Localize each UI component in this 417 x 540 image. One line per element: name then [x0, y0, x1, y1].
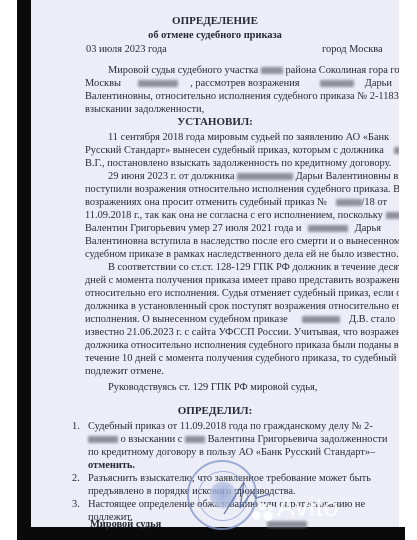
redacted-text: [320, 80, 354, 87]
paragraph-line: 29 июня 2023 г. от должника Дарьи Валент…: [108, 170, 399, 183]
avito-watermark: Avito: [277, 492, 339, 523]
intro-line: Валентиновны, относительно исполнения су…: [85, 90, 399, 103]
scan-border-bottom: [17, 527, 405, 540]
intro-line: взыскании задолженности,: [85, 103, 204, 116]
list-item-number: 3.: [72, 498, 80, 511]
signature-label: Мировой судья: [90, 518, 161, 531]
redacted-text: [138, 80, 178, 87]
paragraph-line: В.Г., постановлено взыскать задолженност…: [85, 157, 391, 170]
redacted-text: [88, 436, 118, 443]
list-item-line: по кредитному договору в пользу АО «Банк…: [88, 446, 375, 459]
redacted-text: [386, 212, 400, 219]
redacted-text: [336, 199, 362, 206]
paragraph-line: подлежит отмене.: [85, 365, 164, 378]
paragraph-line: поступили возражения относительно исполн…: [85, 183, 399, 196]
paragraph-line: В соответствии со ст.ст. 128-129 ГПК РФ …: [108, 261, 399, 274]
paragraph-line: должника относительно исполнения судебно…: [85, 339, 399, 352]
paragraph-line: 11.09.2018 г., так как она не согласна с…: [85, 209, 399, 222]
list-item-number: 1.: [72, 420, 80, 433]
paragraph-line: Руководствуясь ст. 129 ГПК РФ мировой су…: [108, 381, 317, 394]
paragraph-line: дней с момента получения приказа имеет п…: [85, 274, 399, 287]
intro-line: Мировой судья судебного участка района С…: [108, 64, 399, 77]
paragraph-line: должника в установленный срок поступят в…: [85, 300, 399, 313]
list-item-number: 2.: [72, 472, 80, 485]
document-page: ОПРЕДЕЛЕНИЕ об отмене судебного приказа …: [31, 0, 399, 527]
redacted-text: [394, 147, 399, 154]
paragraph-line: относительно его исполнения. Судья отмен…: [85, 287, 399, 300]
redacted-text: [237, 173, 293, 180]
redacted-text: [308, 225, 348, 232]
list-item-bold-tail: отменить.: [88, 459, 135, 472]
document-city: город Москва: [322, 43, 383, 56]
paragraph-line: возражениях она просит отменить судебный…: [85, 196, 387, 209]
document-title: ОПРЕДЕЛЕНИЕ: [31, 15, 399, 28]
scan-border-left: [17, 0, 31, 540]
paragraph-line: судебном приказе в рамках наследственног…: [85, 248, 399, 261]
paragraph-line: Валентиновна вступила в наследство после…: [85, 235, 399, 248]
list-item-line: о взыскании с Валентина Григорьевича зад…: [88, 433, 387, 446]
redacted-text: [185, 436, 205, 443]
paragraph-line: известно 21.06.2023 г. с сайта УФССП Рос…: [85, 326, 399, 339]
paragraph-line: 11 сентября 2018 года мировым судьей по …: [108, 131, 389, 144]
redacted-text: [261, 67, 283, 74]
section-decided: ОПРЕДЕЛИЛ:: [31, 405, 399, 418]
redacted-text: [302, 316, 340, 323]
paragraph-line: Русский Стандарт» вынесен судебный прика…: [85, 144, 399, 157]
intro-line: Москвы , рассмотрев возражения Дарьи: [85, 77, 397, 90]
paragraph-line: исполнения. О вынесенном судебном приказ…: [85, 313, 395, 326]
paragraph-line: Валентин Григорьевич умер 27 июля 2021 г…: [85, 222, 381, 235]
document-subtitle: об отмене судебного приказа: [31, 29, 399, 42]
list-item-line: Судебный приказ от 11.09.2018 года по гр…: [88, 420, 373, 433]
document-date: 03 июля 2023 года: [86, 43, 167, 56]
paragraph-line: течение 10 дней с момента получения суде…: [85, 352, 399, 365]
section-established: УСТАНОВИЛ:: [31, 116, 399, 129]
